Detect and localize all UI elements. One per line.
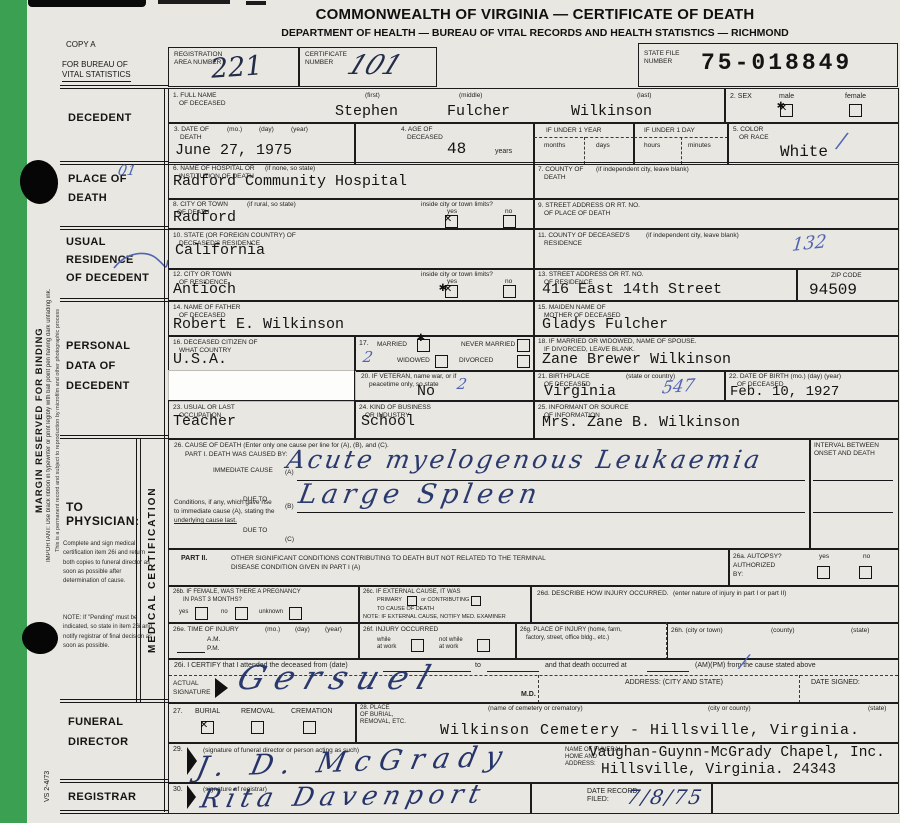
informant-value: Mrs. Zane B. Wilkinson	[542, 415, 740, 430]
mother-value: Gladys Fulcher	[542, 317, 668, 332]
res-county-label2: RESIDENCE	[544, 240, 582, 248]
under-year-label: IF UNDER 1 YEAR	[546, 127, 602, 135]
interval-label1: INTERVAL BETWEEN	[814, 442, 879, 450]
contributing-label: or CONTRIBUTING	[421, 597, 469, 604]
signature-marker-icon	[187, 785, 196, 809]
medical-certification-strip: MEDICAL CERTIFICATION	[140, 438, 169, 703]
field-residence-city: 12. CITY OR TOWN OF RESIDENCE Antioch in…	[168, 268, 535, 302]
field-place-of-burial: 28. PLACE OF BURIAL, REMOVAL, ETC. (name…	[355, 702, 899, 744]
field-father: 14. NAME OF FATHER OF DECEASED Robert E.…	[168, 300, 535, 337]
city-limits-yes-checkbox: ✕	[445, 215, 458, 228]
section-divider	[60, 298, 168, 302]
birthplace-value: Virginia	[544, 384, 616, 399]
scan-edge-mark	[28, 0, 146, 7]
pen-code-place: 01	[117, 164, 137, 178]
state-file-label2: NUMBER	[644, 58, 672, 66]
field-residence-street: 13. STREET ADDRESS OR RT. NO. OF RESIDEN…	[533, 268, 798, 302]
dod-label1: 3. DATE OF	[174, 126, 209, 134]
part2-text2: DISEASE CONDITION GIVEN IN PART I (A)	[231, 564, 360, 572]
res-state-value: California	[175, 243, 265, 258]
removal-label: REMOVAL	[241, 708, 275, 716]
part2-label: PART II.	[181, 555, 207, 563]
field-informant: 25. INFORMANT OR SOURCE OF INFORMATION M…	[533, 400, 899, 440]
field-redacted	[168, 370, 356, 402]
certificate-number-label1: CERTIFICATE	[305, 51, 347, 59]
binding-stripe	[0, 0, 27, 823]
cause-b-label: (B)	[285, 503, 294, 511]
contributing-checkbox	[471, 596, 481, 606]
physician-signature: Gersuel	[234, 661, 445, 694]
state-file-box: STATE FILE NUMBER 75-018849	[638, 43, 898, 87]
county-death-label1: 7. COUNTY OF	[538, 166, 583, 174]
certificate-subtitle: DEPARTMENT OF HEALTH — BUREAU OF VITAL R…	[170, 27, 900, 39]
section-divider	[60, 810, 168, 814]
margin-binding-text: MARGIN RESERVED FOR BINDING	[34, 140, 45, 700]
field-date-of-birth: 22. DATE OF BIRTH (mo.) (day) (year) OF …	[724, 370, 899, 402]
funeral-home-label3: ADDRESS:	[565, 761, 596, 768]
veteran-label1: 20. IF VETERAN, name war, or if	[361, 373, 456, 381]
field-hospital: 6. NAME OF HOSPITAL OR (if none, so stat…	[168, 162, 535, 200]
middle-name-value: Fulcher	[447, 104, 510, 119]
under-year-days: days	[596, 142, 610, 150]
section-divider	[60, 226, 168, 230]
section-label-to-physician2: PHYSICIAN:	[66, 514, 139, 528]
race-value: White	[780, 144, 828, 160]
state-file-value: 75-018849	[701, 52, 852, 75]
section-divider	[60, 161, 168, 165]
while-label2: at work	[377, 644, 396, 651]
street-death-label2: OF PLACE OF DEATH	[544, 210, 610, 218]
dashed-divider	[538, 675, 539, 703]
blank-line	[647, 671, 689, 672]
burial-place-label3: REMOVAL, ETC.	[360, 719, 406, 726]
conditions-label1: Conditions, if any, which gave rise	[174, 499, 272, 507]
interval-line-b	[813, 512, 893, 513]
field-color-or-race: 5. COLOR OR RACE White /	[727, 122, 899, 165]
last-header: (last)	[637, 92, 651, 100]
occupation-label1: 23. USUAL OR LAST	[173, 404, 235, 412]
field-pregnancy: 26b. IF FEMALE, WAS THERE A PREGNANCY IN…	[168, 585, 360, 624]
injury-city-label: 26h. (city or town)	[671, 627, 723, 635]
cause-c-label: (C)	[285, 536, 294, 544]
city-death-hint: (if rural, so state)	[247, 201, 296, 209]
birthplace-label1: 21. BIRTHPLACE	[538, 373, 590, 381]
pen-code-married: 2	[362, 350, 374, 365]
registrar-num: 30.	[173, 786, 183, 794]
field-spouse: 18. IF MARRIED OR WIDOWED, NAME OF SPOUS…	[533, 335, 899, 372]
certify-text3: (AM)(PM) from the cause stated above	[695, 662, 816, 670]
not-while-at-work-checkbox	[477, 639, 490, 652]
not-while-label2: at work	[439, 644, 458, 651]
yes-label: yes	[819, 553, 829, 561]
death-certificate-scan: { "colors": {"binding_green": "#3ba052",…	[0, 0, 900, 823]
field-business: 24. KIND OF BUSINESS OR INDUSTRY School	[354, 400, 535, 440]
divider	[584, 137, 585, 164]
certificate-number-value: 101	[344, 52, 406, 79]
field-marital-status: 17. MARRIED ✱ NEVER MARRIED WIDOWED DIVO…	[354, 335, 535, 372]
medical-certification-label: MEDICAL CERTIFICATION	[147, 447, 158, 693]
medical-strip-double-line	[136, 438, 137, 702]
street-death-label1: 9. STREET ADDRESS OR RT. NO.	[538, 202, 640, 210]
part2-text1: OTHER SIGNIFICANT CONDITIONS CONTRIBUTIN…	[231, 555, 546, 563]
res-street-value: 416 East 14th Street	[542, 282, 722, 297]
no-label: no	[221, 609, 228, 616]
autopsy-label: 26a. AUTOPSY?	[733, 553, 782, 561]
field-injury-location: 26h. (city or town) (county) (state)	[666, 622, 899, 660]
race-label2: OR RACE	[739, 134, 769, 142]
informant-label1: 25. INFORMANT OR SOURCE	[538, 404, 629, 412]
check-mark: ✕	[444, 212, 452, 225]
divorced-checkbox	[517, 355, 530, 368]
certificate-number-label2: NUMBER	[305, 59, 333, 67]
external-label2: TO CAUSE OF DEATH	[377, 606, 434, 613]
section-label-place-of-death2: DEATH	[68, 192, 107, 204]
field-empty	[711, 782, 899, 814]
never-married-label: NEVER MARRIED	[461, 341, 515, 349]
by-label: BY:	[733, 571, 743, 579]
dod-day: (day)	[259, 126, 274, 134]
spouse-label1: 18. IF MARRIED OR WIDOWED, NAME OF SPOUS…	[538, 338, 697, 346]
field-citizen: 16. DECEASED CITIZEN OF WHAT COUNTRY U.S…	[168, 335, 356, 372]
pregnancy-no-checkbox	[235, 607, 248, 620]
field-external-cause: 26c. IF EXTERNAL CAUSE, IT WAS PRIMARY o…	[358, 585, 532, 624]
burial-label: BURIAL	[195, 708, 220, 716]
business-label1: 24. KIND OF BUSINESS	[359, 404, 431, 412]
time-mo: (mo.)	[265, 626, 280, 634]
address-label: ADDRESS: (CITY AND STATE)	[625, 679, 723, 687]
zip-label: ZIP CODE	[831, 272, 862, 280]
place-injury-label1: 26g. PLACE OF INJURY (home, farm,	[520, 627, 622, 634]
autopsy-no-checkbox	[859, 566, 872, 579]
field-disposition: 27. BURIAL REMOVAL CREMATION ✕	[168, 702, 357, 744]
age-label1: 4. AGE OF	[401, 126, 432, 134]
pen-code-county: 132	[791, 233, 827, 255]
time-year: (year)	[325, 626, 342, 634]
res-county-hint: (if independent city, leave blank)	[646, 232, 739, 240]
field-mother: 15. MAIDEN NAME OF MOTHER OF DECEASED Gl…	[533, 300, 899, 337]
field-occupation: 23. USUAL OR LAST OCCUPATION Teacher	[168, 400, 356, 440]
while-at-work-checkbox	[411, 639, 424, 652]
field-autopsy: 26a. AUTOPSY? yes no AUTHORIZED BY:	[728, 548, 899, 587]
spouse-value: Zane Brewer Wilkinson	[542, 352, 731, 367]
city-limits-no-checkbox	[503, 215, 516, 228]
field-funeral-director-signature: 29. (signature of funeral director or pe…	[168, 742, 899, 784]
married-label: MARRIED	[377, 341, 407, 349]
never-married-checkbox	[517, 339, 530, 352]
field-city-of-death: 8. CITY OR TOWN (if rural, so state) OF …	[168, 198, 535, 230]
section-label-decedent: DECEDENT	[68, 112, 132, 124]
dod-label2: DEATH	[180, 134, 202, 142]
pen-code-birthplace: 547	[661, 377, 696, 397]
pregnancy-label2: IN PAST 3 MONTHS?	[183, 597, 242, 604]
actual-label: ACTUAL	[173, 680, 199, 688]
certificate-number-box: CERTIFICATE NUMBER 101	[298, 47, 437, 87]
pm-line	[177, 652, 205, 653]
signature-marker-icon	[215, 678, 228, 698]
age-label2: DECEASED	[407, 134, 443, 142]
check-mark: ✱	[777, 99, 785, 112]
due-to-label2: DUE TO	[243, 527, 267, 535]
res-limits-yes-checkbox: ✕✱	[445, 285, 458, 298]
date-filed-value: 7/8/75	[625, 787, 705, 807]
field-age: 4. AGE OF DECEASED 48 years	[354, 122, 535, 165]
time-injury-label: 26e. TIME OF INJURY	[173, 626, 239, 634]
cremation-checkbox	[303, 721, 316, 734]
disposition-num: 27.	[173, 708, 183, 716]
no-label: no	[863, 553, 870, 561]
dashed-divider	[799, 675, 800, 703]
middle-header: (middle)	[459, 92, 482, 100]
removal-checkbox	[251, 721, 264, 734]
section-label-usual-residence: USUAL	[66, 236, 106, 248]
unknown-label: unknown	[259, 609, 283, 616]
registrar-signature: Rita Davenport	[198, 781, 488, 812]
field-date-record-filed: DATE RECORD FILED: 7/8/75	[530, 782, 713, 814]
widowed-label: WIDOWED	[397, 357, 430, 365]
age-unit: years	[495, 148, 512, 156]
date-filed-label2: FILED:	[587, 796, 609, 804]
burial-checkbox: ✕	[201, 721, 214, 734]
hospital-value: Radford Community Hospital	[173, 174, 407, 189]
occupation-value: Teacher	[173, 414, 236, 429]
pregnancy-yes-checkbox	[195, 607, 208, 620]
dod-value: June 27, 1975	[175, 143, 292, 158]
sex-male-checkbox: ✕✱	[780, 104, 793, 117]
field-time-of-injury: 26e. TIME OF INJURY (mo.) (day) (year) A…	[168, 622, 360, 660]
field-sex: 2. SEX male female ✕✱	[724, 88, 899, 124]
age-value: 48	[447, 141, 466, 157]
section-label-to-physician: TO	[66, 500, 83, 514]
pm-label: P.M.	[207, 645, 220, 653]
registration-area-box: REGISTRATION AREA NUMBER 221	[168, 47, 300, 87]
check-mark: ✱	[439, 281, 447, 294]
field-zip: ZIP CODE 94509	[796, 268, 899, 302]
section-label-registrar: REGISTRAR	[68, 791, 136, 803]
interval-line-a	[813, 480, 893, 481]
cause-a-value: Acute myelogenous Leukaemia	[285, 447, 765, 472]
time-day: (day)	[295, 626, 310, 634]
place-injury-label2: factory, street, office bldg., etc.)	[526, 635, 609, 642]
burial-place-value: Wilkinson Cemetery - Hillsville, Virgini…	[440, 723, 860, 738]
conditions-label3: underlying cause last.	[174, 517, 237, 525]
authorized-label: AUTHORIZED	[733, 562, 775, 570]
dod-mo: (mo.)	[227, 126, 242, 134]
citizen-label1: 16. DECEASED CITIZEN OF	[173, 339, 258, 347]
sex-label: 2. SEX	[730, 93, 752, 101]
field-street-of-death: 9. STREET ADDRESS OR RT. NO. OF PLACE OF…	[533, 198, 899, 230]
check-mark: ✱	[417, 331, 425, 344]
county-death-hint: (if independent city, leave blank)	[596, 166, 689, 174]
signature-label: SIGNATURE	[173, 689, 210, 697]
sex-female-checkbox	[849, 104, 862, 117]
field-under-1-day: IF UNDER 1 DAY hours minutes	[633, 122, 729, 165]
full-name-label1: 1. FULL NAME	[173, 92, 216, 100]
funeral-home-name: Vaughan-Guynn-McGrady Chapel, Inc.	[589, 746, 885, 761]
bureau-label: FOR BUREAU OF	[62, 60, 128, 69]
under-day-label: IF UNDER 1 DAY	[644, 127, 695, 135]
dob-value: Feb. 10, 1927	[730, 385, 839, 399]
field-county-of-death: 7. COUNTY OF (if independent city, leave…	[533, 162, 899, 200]
am-label: A.M.	[207, 636, 220, 644]
fd-num: 29.	[173, 746, 183, 754]
divorced-label: DIVORCED	[459, 357, 493, 365]
field-cause-of-death: 26. CAUSE OF DEATH (Enter only one cause…	[168, 438, 811, 550]
margin-important-text: IMPORTANT: Use black ribbon in typewrite…	[46, 110, 52, 740]
pen-mark	[112, 248, 170, 274]
check-mark: ✕	[200, 718, 208, 731]
under-day-minutes: minutes	[688, 142, 711, 150]
section-label-funeral-director2: DIRECTOR	[68, 736, 128, 748]
cremation-label: CREMATION	[291, 708, 332, 716]
field-date-of-death: 3. DATE OF DEATH (mo.) (day) (year) June…	[168, 122, 356, 165]
sex-female-label: female	[845, 93, 866, 101]
veteran-value: No	[417, 384, 435, 399]
city-death-value: Radford	[173, 210, 236, 225]
funeral-director-signature: J. D. McGrady	[194, 742, 513, 781]
primary-label: PRIMARY	[377, 597, 402, 604]
interval-label2: ONSET AND DEATH	[814, 450, 875, 458]
injury-county-label: (county)	[771, 627, 794, 635]
last-name-value: Wilkinson	[571, 104, 652, 119]
part1-label: PART I. DEATH WAS CAUSED BY:	[185, 451, 288, 459]
dod-year: (year)	[291, 126, 308, 134]
md-label: M.D.	[521, 691, 536, 699]
res-street-label1: 13. STREET ADDRESS OR RT. NO.	[538, 271, 644, 279]
zip-value: 94509	[809, 282, 857, 298]
field-certification: 26i. I CERTIFY that I attended the decea…	[168, 658, 899, 704]
autopsy-yes-checkbox	[817, 566, 830, 579]
pen-mark: /	[836, 131, 847, 154]
res-limits-no-checkbox	[503, 285, 516, 298]
field-registrar-signature: 30. (signature of registrar) Rita Davenp…	[168, 782, 532, 814]
certify-text2: and that death occurred at	[545, 662, 627, 670]
field-birthplace: 21. BIRTHPLACE (state or country) OF DEC…	[533, 370, 726, 402]
field-interval: INTERVAL BETWEEN ONSET AND DEATH	[809, 438, 899, 550]
pen-code-veteran: 2	[456, 377, 468, 392]
pregnancy-unknown-checkbox	[289, 607, 302, 620]
date-signed-label: DATE SIGNED:	[811, 679, 860, 687]
immediate-cause-label: IMMEDIATE CAUSE	[213, 467, 273, 475]
under-day-hours: hours	[644, 142, 660, 150]
blank-line	[487, 671, 539, 672]
section-divider	[60, 85, 168, 89]
full-name-label2: OF DECEASED	[179, 100, 226, 108]
cause-b-line	[297, 512, 805, 513]
external-note: NOTE: IF EXTERNAL CAUSE, NOTIFY MED. EXA…	[363, 614, 506, 621]
state-header: (state)	[868, 705, 886, 713]
section-divider	[60, 779, 168, 783]
city-death-label1: 8. CITY OR TOWN	[173, 201, 228, 209]
hospital-label1: 6. NAME OF HOSPITAL OR	[173, 165, 255, 173]
form-number: VS 2-4/73	[44, 760, 51, 812]
bureau-label2: VITAL STATISTICS	[62, 70, 131, 82]
divider	[681, 137, 682, 164]
city-county-header: (city or county)	[708, 705, 751, 713]
certify-to: to	[475, 662, 481, 670]
dob-label1: 22. DATE OF BIRTH (mo.) (day) (year)	[729, 373, 841, 381]
scan-edge-mark	[158, 0, 230, 4]
field-under-1-year: IF UNDER 1 YEAR months days	[533, 122, 635, 165]
section-label-personal-data: PERSONAL	[66, 340, 130, 352]
cause-b-value: Large Spleen	[297, 481, 544, 508]
hospital-hint: (if none, so state)	[265, 165, 315, 173]
married-checkbox: ✱	[417, 339, 430, 352]
county-death-label2: DEATH	[544, 174, 566, 182]
scan-edge-mark	[246, 1, 266, 5]
section-label-personal-data3: DECEDENT	[66, 380, 130, 392]
first-name-value: Stephen	[335, 104, 398, 119]
primary-checkbox	[407, 596, 417, 606]
field-residence-state: 10. STATE (OR FOREIGN COUNTRY) OF DECEAS…	[168, 228, 535, 270]
race-label1: 5. COLOR	[733, 126, 763, 134]
field-full-name: 1. FULL NAME OF DECEASED (first) (middle…	[168, 88, 726, 124]
section-label-personal-data2: DATA OF	[66, 360, 116, 372]
citizen-value: U.S.A.	[173, 352, 227, 367]
res-state-label1: 10. STATE (OR FOREIGN COUNTRY) OF	[173, 232, 296, 240]
how-injury-label: 26d. DESCRIBE HOW INJURY OCCURRED.	[537, 590, 669, 598]
field-residence-county: 11. COUNTY OF DECEASED'S (if independent…	[533, 228, 899, 270]
funeral-home-address: Hillsville, Virginia. 24343	[601, 763, 836, 778]
res-city-value: Antioch	[173, 282, 236, 297]
mother-label1: 15. MAIDEN NAME OF	[538, 304, 606, 312]
section-label-funeral-director: FUNERAL	[68, 716, 123, 728]
first-header: (first)	[365, 92, 380, 100]
certificate-title: COMMONWEALTH OF VIRGINIA — CERTIFICATE O…	[170, 6, 900, 23]
conditions-label2: to immediate cause (A), stating the	[174, 508, 274, 516]
injury-state-label: (state)	[851, 627, 869, 635]
state-file-label1: STATE FILE	[644, 50, 680, 58]
field-place-of-injury: 26g. PLACE OF INJURY (home, farm, factor…	[515, 622, 668, 660]
res-city-label1: 12. CITY OR TOWN	[173, 271, 232, 279]
field-veteran: 20. IF VETERAN, name war, or if peacetim…	[354, 370, 535, 402]
copy-label: COPY A	[66, 40, 96, 49]
margin-permanent-text: This is a permanent record and subject t…	[55, 130, 61, 730]
field-part2: PART II. OTHER SIGNIFICANT CONDITIONS CO…	[168, 548, 730, 587]
yes-label: yes	[179, 609, 188, 616]
injury-occurred-label: 26f. INJURY OCCURRED	[363, 626, 438, 634]
cemetery-header: (name of cemetery or crematory)	[488, 705, 583, 713]
father-label1: 14. NAME OF FATHER	[173, 304, 240, 312]
business-value: School	[361, 414, 415, 429]
field-injury-occurred: 26f. INJURY OCCURRED while at work not w…	[358, 622, 517, 660]
father-value: Robert E. Wilkinson	[173, 317, 344, 332]
widowed-checkbox	[435, 355, 448, 368]
pregnancy-label1: 26b. IF FEMALE, WAS THERE A PREGNANCY	[173, 589, 301, 596]
under-year-months: months	[544, 142, 565, 150]
registration-area-value: 221	[210, 52, 263, 83]
how-injury-hint: (enter nature of injury in part I or par…	[673, 590, 786, 598]
res-county-label1: 11. COUNTY OF DECEASED'S	[538, 232, 630, 240]
field-how-injury: 26d. DESCRIBE HOW INJURY OCCURRED. (ente…	[530, 585, 899, 624]
